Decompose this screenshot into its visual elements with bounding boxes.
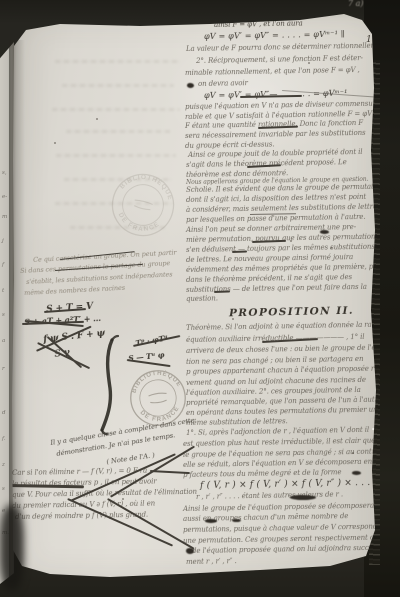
ink-mark — [290, 240, 292, 242]
ghost-line — [56, 154, 176, 157]
manuscript-line: Théorème. Si l'on adjoint à une équation… — [186, 321, 400, 332]
manuscript-line: elle se réduit, alors l'équation en V se… — [183, 459, 372, 469]
ink-mark — [308, 62, 310, 64]
manuscript-line: dans le théorème précédent, il ne s'agit… — [186, 274, 352, 284]
manuscript-line: du groupe écrit ci-dessus. — [185, 141, 274, 150]
manuscript-line: sera nécessairement invariable par les s… — [185, 130, 366, 140]
edge-fragment: d — [2, 410, 6, 416]
ghost-line — [52, 108, 180, 111]
ink-mark — [122, 498, 124, 500]
edge-fragment: t — [2, 288, 4, 294]
edge-fragment: e- — [2, 194, 7, 200]
margin-note-line: ( Note de l'A. ) — [106, 452, 155, 465]
margin-note-line: même des nombres des racines — [24, 285, 125, 297]
stamp-bottom-text: DE FRANCE — [114, 211, 163, 238]
manuscript-line: p facteurs tous du même degré et de la f… — [183, 469, 341, 479]
manuscript-line: question. — [186, 295, 218, 303]
edge-fragment: f. — [2, 436, 6, 442]
manuscript-line: on devra avoir — [198, 80, 248, 88]
manuscript-line: évidemment des mêmes propriétés que la p… — [186, 263, 396, 274]
edge-fragment: s, — [2, 170, 7, 176]
svg-text:DE FRANCE: DE FRANCE — [114, 211, 163, 238]
manuscript-line: ment r , r′ , r″ . — [186, 558, 237, 566]
manuscript-line: f ( V, r ) × f ( V, r′ ) × f ( V, r″ ) ×… — [200, 479, 377, 491]
ink-mark — [330, 247, 332, 249]
manuscript-line: de lettres. Le nouveau groupe ainsi form… — [186, 254, 353, 264]
gutter-shadow-bottom — [0, 505, 24, 590]
manuscript-line: 1°. Si, après l'adjonction de r , l'équa… — [186, 427, 369, 437]
edge-fragment: z — [2, 462, 5, 468]
ghost-line — [55, 60, 180, 63]
library-stamp-faint: BIBLIOTHÈQUE DE FRANCE — [98, 160, 188, 250]
edge-fragment: s — [2, 312, 5, 318]
edge-fragment: s — [2, 486, 5, 492]
manuscript-line: r , r′ , r″ . . . . étant les autres val… — [196, 491, 343, 501]
manuscript-line: φV = φV′ = φV″ = . . . . = φVᵐ⁻¹ ∥ — [204, 31, 345, 41]
edge-fragment: r — [2, 366, 5, 372]
manuscript-line: 2°. Réciproquement, si une fonction F es… — [196, 55, 363, 65]
manuscript-line: en opérant dans toutes les permutations … — [186, 407, 382, 417]
ink-mark — [352, 471, 361, 475]
manuscript-line: La valeur de F pourra donc se déterminer… — [186, 42, 388, 53]
manuscript-line: substitutions — de lettres que l'on peut… — [186, 284, 367, 294]
manuscript-line: permutations, puisque à chaque valeur de… — [183, 524, 377, 534]
ghost-line — [62, 84, 174, 87]
edge-fragment: m — [2, 214, 7, 220]
manuscript-scan: BIBLIOTHÈQUE DE FRANCE BIBLIOTHÈQUE DE F… — [0, 0, 400, 597]
ink-mark — [290, 495, 316, 500]
ink-brace-mark — [96, 334, 124, 436]
manuscript-line: est question plus haut reste irréductibl… — [183, 438, 375, 448]
ink-mark — [232, 318, 234, 320]
margin-note-line: d'un degré moindre p f (V) plus grand. — [15, 512, 148, 521]
ink-mark — [96, 118, 98, 120]
manuscript-line: même substitution de lettres. — [186, 418, 288, 427]
ink-mark — [205, 519, 217, 523]
ink-mark — [232, 519, 241, 522]
manuscript-line: p groupes appartenant chacun à l'équatio… — [186, 365, 400, 376]
ink-mark — [54, 142, 56, 144]
edge-fragment: j — [2, 238, 4, 244]
manuscript-line: ainsi F = φV , et l'on aura — [214, 20, 303, 29]
folio-corner-mark: 7 a) — [348, 0, 364, 8]
ink-mark — [320, 230, 329, 234]
proposition-heading: PROPOSITION II. — [229, 305, 354, 320]
manuscript-page: BIBLIOTHÈQUE DE FRANCE BIBLIOTHÈQUE DE F… — [0, 0, 400, 597]
ink-mark — [187, 83, 194, 88]
manuscript-line: arrivera de deux choses l'une : ou bien … — [186, 344, 391, 355]
edge-fragment: f — [2, 262, 4, 268]
manuscript-line: de l'équation proposée quand on lui adjo… — [192, 545, 392, 555]
manuscript-line: équation auxiliaire irréductible ———————… — [186, 334, 365, 344]
ink-mark — [352, 452, 354, 454]
ghost-line — [66, 130, 171, 133]
margin-note-line: que V. Pour cela il suffit où le résulta… — [12, 489, 197, 499]
edge-fragment: a — [2, 338, 5, 344]
manuscript-line: minable rationnellement, et que l'on pos… — [185, 67, 360, 77]
